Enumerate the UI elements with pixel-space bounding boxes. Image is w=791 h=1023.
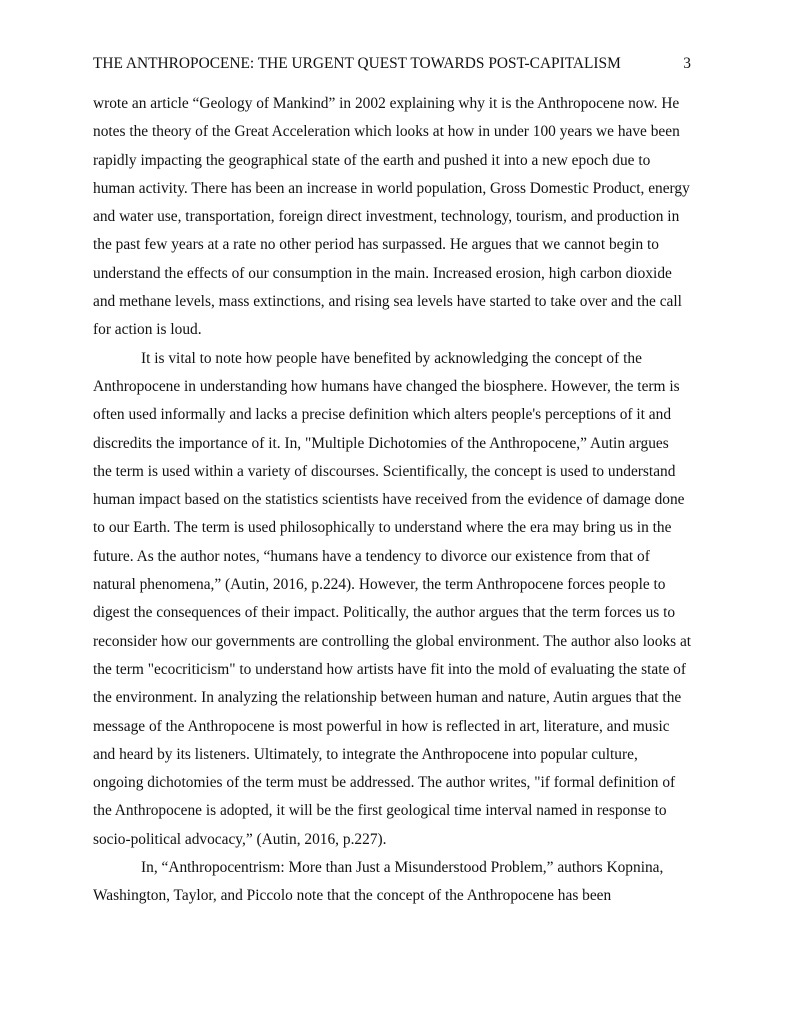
paragraph-3: In, “Anthropocentrism: More than Just a … [93,854,697,911]
text-line: human activity. There has been an increa… [93,175,697,203]
document-page: THE ANTHROPOCENE: THE URGENT QUEST TOWAR… [0,0,791,1023]
text-line: human impact based on the statistics sci… [93,486,697,514]
text-line: the term is used within a variety of dis… [93,458,697,486]
text-line: the term "ecocriticism" to understand ho… [93,656,697,684]
text-line: reconsider how our governments are contr… [93,628,697,656]
text-line: future. As the author notes, “humans hav… [93,543,697,571]
text-line: and water use, transportation, foreign d… [93,203,697,231]
page-number: 3 [683,54,691,74]
text-line: Washington, Taylor, and Piccolo note tha… [93,882,697,910]
paragraph-1: wrote an article “Geology of Mankind” in… [93,90,697,345]
body-text: wrote an article “Geology of Mankind” in… [93,90,697,911]
text-line: notes the theory of the Great Accelerati… [93,118,697,146]
text-line: Anthropocene in understanding how humans… [93,373,697,401]
text-line: and methane levels, mass extinctions, an… [93,288,697,316]
text-line: to our Earth. The term is used philosoph… [93,514,697,542]
text-line: socio-political advocacy,” (Autin, 2016,… [93,826,697,854]
text-line: digest the consequences of their impact.… [93,599,697,627]
text-line: the environment. In analyzing the relati… [93,684,697,712]
text-line: often used informally and lacks a precis… [93,401,697,429]
text-line: ongoing dichotomies of the term must be … [93,769,697,797]
running-head: THE ANTHROPOCENE: THE URGENT QUEST TOWAR… [93,54,691,74]
text-line-indented: In, “Anthropocentrism: More than Just a … [93,854,697,882]
text-line: rapidly impacting the geographical state… [93,147,697,175]
text-line: wrote an article “Geology of Mankind” in… [93,90,697,118]
text-line-indented: It is vital to note how people have bene… [93,345,697,373]
text-line: understand the effects of our consumptio… [93,260,697,288]
text-line: the past few years at a rate no other pe… [93,231,697,259]
text-line: for action is loud. [93,316,697,344]
text-line: message of the Anthropocene is most powe… [93,713,697,741]
text-line: the Anthropocene is adopted, it will be … [93,797,697,825]
text-line: natural phenomena,” (Autin, 2016, p.224)… [93,571,697,599]
paragraph-2: It is vital to note how people have bene… [93,345,697,854]
text-line: and heard by its listeners. Ultimately, … [93,741,697,769]
running-title: THE ANTHROPOCENE: THE URGENT QUEST TOWAR… [93,54,621,74]
text-line: discredits the importance of it. In, "Mu… [93,430,697,458]
